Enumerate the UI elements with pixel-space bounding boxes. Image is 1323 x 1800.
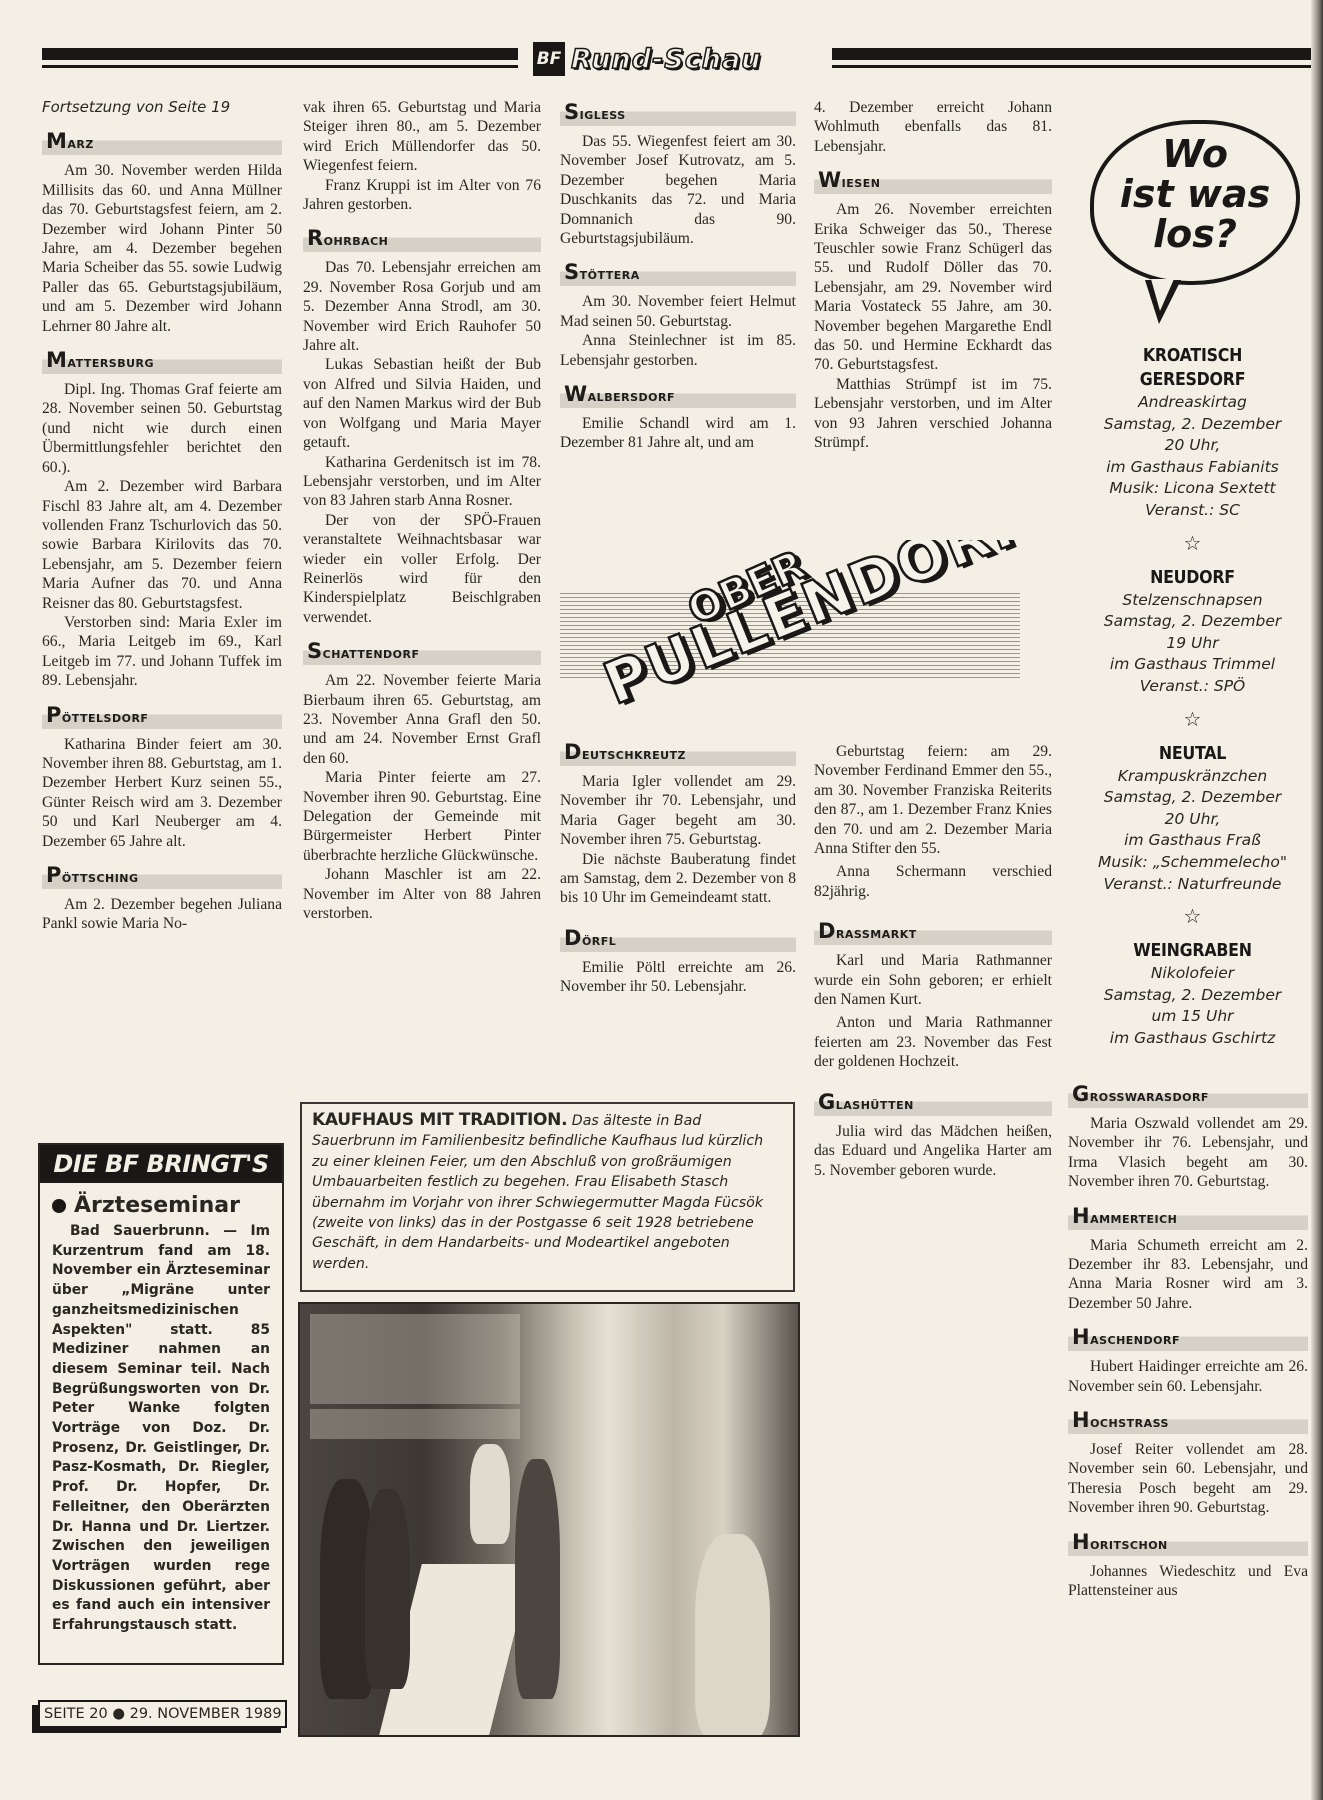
continuation-note: Fortsetzung von Seite 19 — [42, 98, 282, 117]
event-neutal: NEUTAL Krampuskränzchen Samstag, 2. Deze… — [1075, 742, 1310, 896]
section-haschendorf: Haschendorf Hubert Haidinger erreichte a… — [1068, 1325, 1308, 1396]
masthead-rule-left — [42, 48, 518, 70]
section-heading: Pöttsching — [42, 863, 282, 889]
section-heading: Dörfl — [560, 926, 796, 952]
event-line: um 15 Uhr — [1075, 1006, 1310, 1028]
article-paragraph: Katharina Gerdenitsch ist im 78. Lebensj… — [303, 453, 541, 511]
bubble-line: Wo — [1094, 134, 1296, 174]
event-line: Andreaskirtag — [1075, 392, 1310, 414]
event-line: Samstag, 2. Dezember — [1075, 985, 1310, 1007]
column-1: Fortsetzung von Seite 19 Marz Am 30. Nov… — [42, 98, 282, 934]
section-heading: Rohrbach — [303, 226, 541, 252]
article-paragraph: Johannes Wiedeschitz und Eva Plattenstei… — [1068, 1562, 1308, 1601]
article-paragraph: Verstorben sind: Maria Exler im 66., Mar… — [42, 613, 282, 691]
event-line: im Gasthaus Fabianits — [1075, 457, 1310, 479]
article-paragraph: Josef Reiter vollendet am 28. November s… — [1068, 1440, 1308, 1518]
section-drassmarkt: Drassmarkt Karl und Maria Rathmanner wur… — [814, 919, 1052, 1071]
section-heading: Schattendorf — [303, 639, 541, 665]
article-paragraph: Karl und Maria Rathmanner wurde ein Sohn… — [814, 951, 1052, 1009]
article-paragraph: Am 30. November werden Hilda Millisits d… — [42, 161, 282, 336]
section-grosswarasdorf: Grosswarasdorf Maria Oszwald vollendet a… — [1068, 1082, 1308, 1192]
article-paragraph: Maria Igler vollendet am 29. November ih… — [560, 772, 796, 850]
article-paragraph: Am 22. November feierte Maria Bierbaum i… — [303, 671, 541, 768]
article-paragraph: Emilie Schandl wird am 1. Dezember 81 Ja… — [560, 414, 796, 453]
event-neudorf: NEUDORF Stelzenschnapsen Samstag, 2. Dez… — [1075, 566, 1310, 698]
column-3-bottom: Deutschkreutz Maria Igler vollendet am 2… — [560, 736, 796, 997]
section-heading: Haschendorf — [1068, 1325, 1308, 1351]
photo-caption-box: KAUFHAUS MIT TRADITION. Das älteste in B… — [300, 1102, 795, 1292]
caption-headline: KAUFHAUS MIT TRADITION. — [312, 1110, 567, 1130]
bullet-dot-icon — [52, 1199, 66, 1213]
article-paragraph: Die nächste Bauberatung findet am Samsta… — [560, 850, 796, 908]
event-kroatisch-geresdorf: KROATISCH GERESDORF Andreaskirtag Samsta… — [1075, 344, 1310, 522]
photo-person — [365, 1489, 410, 1689]
article-paragraph: Das 55. Wiegenfest feiert am 30. Novembe… — [560, 132, 796, 248]
photo-person — [695, 1534, 770, 1737]
section-mattersburg: Mattersburg Dipl. Ing. Thomas Graf feier… — [42, 348, 282, 691]
star-icon: ☆ — [1075, 901, 1310, 931]
article-paragraph: Anna Schermann verschied 82jährig. — [814, 862, 1052, 901]
article-paragraph: Maria Schumeth erreicht am 2. Dezember i… — [1068, 1236, 1308, 1314]
event-line: im Gasthaus Fraß — [1075, 830, 1310, 852]
column-4-bottom: Geburtstag feiern: am 29. November Ferdi… — [814, 742, 1052, 1180]
event-line: Musik: Licona Sextett — [1075, 478, 1310, 500]
article-paragraph: Franz Kruppi ist im Alter von 76 Jahren … — [303, 176, 541, 215]
article-paragraph: Anna Steinlechner ist im 85. Lebensjahr … — [560, 331, 796, 370]
section-hochstrass: Hochstrass Josef Reiter vollendet am 28.… — [1068, 1408, 1308, 1518]
article-paragraph: Emilie Pöltl erreichte am 26. November i… — [560, 958, 796, 997]
event-line: 20 Uhr, — [1075, 435, 1310, 457]
event-weingraben: WEINGRABEN Nikolofeier Samstag, 2. Dezem… — [1075, 939, 1310, 1049]
event-line: 19 Uhr — [1075, 633, 1310, 655]
bf-bringts-box: DIE BF BRINGT'S Ärzteseminar Bad Sauerbr… — [38, 1143, 284, 1665]
event-line: Samstag, 2. Dezember — [1075, 787, 1310, 809]
column-4-top: 4. Dezember erreicht Johann Wohlmuth ebe… — [814, 98, 1052, 453]
page-binding-shadow — [1311, 0, 1323, 1800]
section-title: Rund-Schau — [571, 44, 761, 75]
caption-body: Das älteste in Bad Sauerbrunn im Familie… — [312, 1113, 763, 1272]
article-paragraph: Johann Maschler ist am 22. November im A… — [303, 865, 541, 923]
section-heading: Drassmarkt — [814, 919, 1052, 945]
photo-person — [470, 1444, 510, 1544]
section-stoettera: Stöttera Am 30. November feiert Helmut M… — [560, 260, 796, 370]
bringts-bar-title: DIE BF BRINGT'S — [40, 1145, 282, 1183]
section-heading: Walbersdorf — [560, 382, 796, 408]
section-wiesen: Wiesen Am 26. November erreichten Erika … — [814, 168, 1052, 452]
section-heading: Hammerteich — [1068, 1204, 1308, 1230]
section-sigless: Sigless Das 55. Wiegenfest feiert am 30.… — [560, 100, 796, 248]
speech-bubble: Wo ist was los? — [1090, 120, 1300, 285]
event-line: 20 Uhr, — [1075, 809, 1310, 831]
event-place: WEINGRABEN — [1089, 939, 1296, 963]
event-place: NEUDORF — [1089, 566, 1296, 590]
column-5-bottom: Grosswarasdorf Maria Oszwald vollendet a… — [1068, 1082, 1308, 1601]
article-paragraph: Am 30. November feiert Helmut Mad seinen… — [560, 292, 796, 331]
article-paragraph: Der von der SPÖ-Frauen veranstaltete Wei… — [303, 511, 541, 627]
section-heading: Mattersburg — [42, 348, 282, 374]
page-footer: SEITE 20 ● 29. NOVEMBER 1989 — [38, 1700, 287, 1728]
photo-shelves — [310, 1409, 520, 1439]
article-paragraph: Anton und Maria Rathmanner feierten am 2… — [814, 1013, 1052, 1071]
section-glashuetten: Glashütten Julia wird das Mädchen heißen… — [814, 1090, 1052, 1180]
article-paragraph: Das 70. Lebensjahr erreichen am 29. Nove… — [303, 258, 541, 355]
section-heading: Horitschon — [1068, 1530, 1308, 1556]
star-icon: ☆ — [1075, 704, 1310, 734]
article-paragraph: Bad Sauerbrunn. — Im Kurzentrum fand am … — [52, 1222, 270, 1636]
events-list: KROATISCH GERESDORF Andreaskirtag Samsta… — [1075, 340, 1310, 1049]
event-line: Musik: „Schemmelecho" — [1075, 852, 1310, 874]
speech-bubble-tail-fill — [1151, 279, 1174, 311]
event-place: KROATISCH GERESDORF — [1089, 344, 1296, 392]
event-line: Veranst.: SC — [1075, 500, 1310, 522]
event-line: im Gasthaus Gschirtz — [1075, 1028, 1310, 1050]
article-paragraph: Julia wird das Mädchen heißen, das Eduar… — [814, 1122, 1052, 1180]
bubble-line: los? — [1094, 214, 1296, 254]
column-3-top: Sigless Das 55. Wiegenfest feiert am 30.… — [560, 92, 796, 453]
section-heading: Sigless — [560, 100, 796, 126]
section-deutschkreutz: Deutschkreutz Maria Igler vollendet am 2… — [560, 740, 796, 908]
article-paragraph: Katharina Binder feiert am 30. November … — [42, 735, 282, 851]
event-line: Samstag, 2. Dezember — [1075, 414, 1310, 436]
star-icon: ☆ — [1075, 528, 1310, 558]
section-heading: Deutschkreutz — [560, 740, 796, 766]
event-line: Stelzenschnapsen — [1075, 590, 1310, 612]
section-marz: Marz Am 30. November werden Hilda Millis… — [42, 129, 282, 336]
section-walbersdorf: Walbersdorf Emilie Schandl wird am 1. De… — [560, 382, 796, 453]
section-schattendorf: Schattendorf Am 22. November feierte Mar… — [303, 639, 541, 923]
article-paragraph: vak ihren 65. Geburtstag und Maria Steig… — [303, 98, 541, 176]
bringts-title: Ärzteseminar — [52, 1193, 282, 1218]
article-paragraph: Lukas Sebastian heißt der Bub von Alfred… — [303, 355, 541, 452]
bubble-line: ist was — [1094, 174, 1296, 214]
section-poettelsdorf: Pöttelsdorf Katharina Binder feiert am 3… — [42, 703, 282, 851]
event-place: NEUTAL — [1089, 742, 1296, 766]
article-paragraph: Am 2. Dezember wird Barbara Fischl 83 Ja… — [42, 477, 282, 613]
section-heading: Marz — [42, 129, 282, 155]
section-heading: Grosswarasdorf — [1068, 1082, 1308, 1108]
photo-person — [515, 1459, 560, 1699]
bf-logo-badge: BF — [533, 42, 565, 76]
event-line: Veranst.: Naturfreunde — [1075, 874, 1310, 896]
event-line: Nikolofeier — [1075, 963, 1310, 985]
article-paragraph: Maria Pinter feierte am 27. November ihr… — [303, 768, 541, 865]
section-horitschon: Horitschon Johannes Wiedeschitz und Eva … — [1068, 1530, 1308, 1601]
article-paragraph: Hubert Haidinger erreichte am 26. Novemb… — [1068, 1357, 1308, 1396]
section-doerfl: Dörfl Emilie Pöltl erreichte am 26. Nove… — [560, 926, 796, 997]
section-heading: Glashütten — [814, 1090, 1052, 1116]
event-line: Samstag, 2. Dezember — [1075, 611, 1310, 633]
section-logo: BF Rund-Schau — [533, 42, 761, 76]
bringts-text: Bad Sauerbrunn. — Im Kurzentrum fand am … — [40, 1222, 282, 1636]
kaufhaus-photo — [298, 1302, 800, 1737]
section-poettsching: Pöttsching Am 2. Dezember begehen Julian… — [42, 863, 282, 934]
section-heading: Hochstrass — [1068, 1408, 1308, 1434]
oberpullendorf-banner: OBER PULLENDORF — [560, 540, 1020, 740]
section-heading: Pöttelsdorf — [42, 703, 282, 729]
bringts-title-text: Ärzteseminar — [74, 1193, 240, 1218]
section-heading: Stöttera — [560, 260, 796, 286]
event-line: Krampuskränzchen — [1075, 766, 1310, 788]
photo-shelves — [310, 1314, 520, 1404]
article-paragraph: Geburtstag feiern: am 29. November Ferdi… — [814, 742, 1052, 858]
article-paragraph: Am 2. Dezember begehen Juliana Pankl sow… — [42, 895, 282, 934]
event-line: Veranst.: SPÖ — [1075, 676, 1310, 698]
section-heading: Wiesen — [814, 168, 1052, 194]
article-paragraph: Am 26. November erreichten Erika Schweig… — [814, 200, 1052, 375]
article-paragraph: Dipl. Ing. Thomas Graf feierte am 28. No… — [42, 380, 282, 477]
event-line: im Gasthaus Trimmel — [1075, 654, 1310, 676]
section-rohrbach: Rohrbach Das 70. Lebensjahr erreichen am… — [303, 226, 541, 627]
article-paragraph: 4. Dezember erreicht Johann Wohlmuth ebe… — [814, 98, 1052, 156]
article-paragraph: Maria Oszwald vollendet am 29. November … — [1068, 1114, 1308, 1192]
section-hammerteich: Hammerteich Maria Schumeth erreicht am 2… — [1068, 1204, 1308, 1314]
column-2: vak ihren 65. Geburtstag und Maria Steig… — [303, 98, 541, 923]
masthead-rule-right — [832, 48, 1312, 70]
article-paragraph: Matthias Strümpf ist im 75. Lebensjahr v… — [814, 375, 1052, 453]
